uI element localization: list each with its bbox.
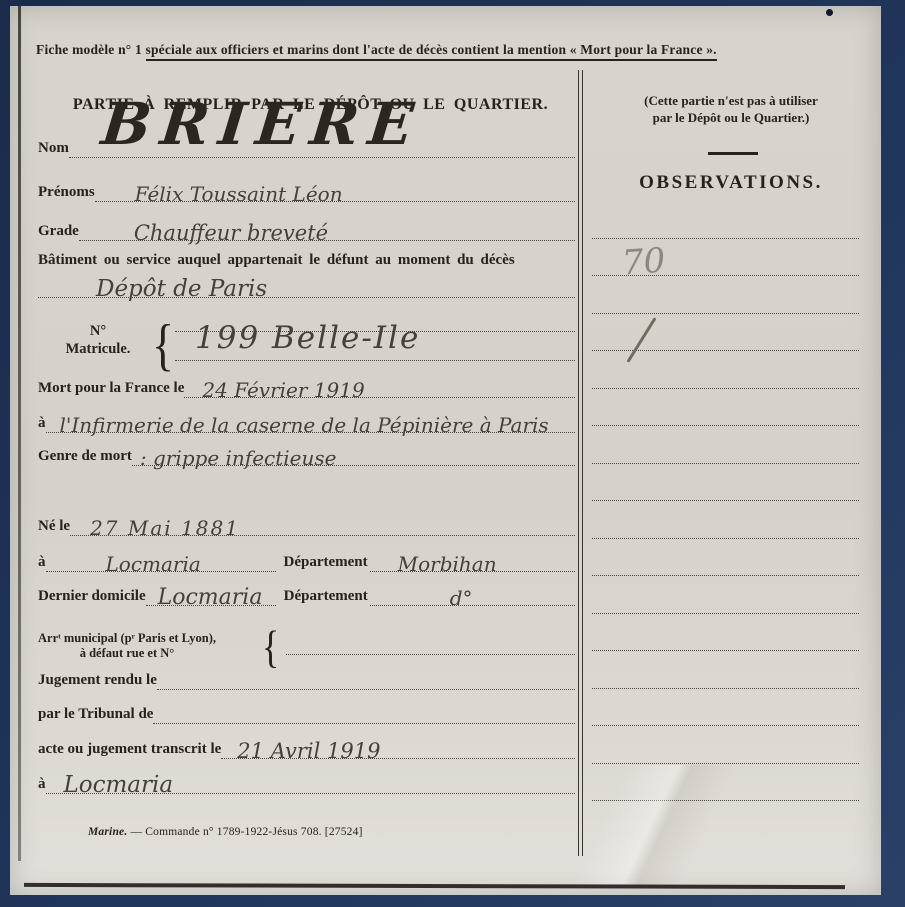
- pencil-slash-mark: [626, 317, 656, 363]
- observation-line: [592, 725, 859, 726]
- observation-line: [592, 463, 859, 464]
- matricule-brace: {: [152, 311, 174, 377]
- transcrit-lieu-label: à: [38, 776, 46, 794]
- grade-value: Chauffeur breveté: [134, 221, 328, 245]
- right-note-line1: (Cette partie n'est pas à utiliser: [592, 92, 870, 109]
- ne-dept-line: Morbihan: [370, 545, 575, 572]
- genre-mort-value: : grippe infectieuse: [140, 446, 337, 470]
- print-footer-marine: Marine.: [88, 826, 127, 838]
- form-header-prefix: Fiche modèle n° 1: [36, 42, 142, 57]
- observation-line: [592, 763, 859, 764]
- observation-line: [592, 575, 859, 576]
- observation-line: [592, 425, 859, 426]
- field-prenoms: Prénoms Félix Toussaint Léon: [38, 176, 575, 202]
- mort-value: 24 Février 1919: [202, 378, 364, 402]
- matricule-value: 199 Belle-Ile: [195, 320, 420, 356]
- ne-lieu-line: Locmaria: [46, 545, 276, 572]
- grade-label: Grade: [38, 223, 79, 241]
- observation-line: [592, 538, 859, 539]
- domicile-line: Locmaria: [146, 579, 276, 606]
- arrondissement-line: [286, 654, 575, 655]
- field-transcrit-lieu: à Locmaria: [38, 768, 575, 794]
- right-column-note: (Cette partie n'est pas à utiliser par l…: [592, 92, 870, 126]
- domicile-dept-label: Département: [284, 588, 368, 606]
- right-note-line2: par le Dépôt ou le Quartier.): [592, 109, 870, 126]
- transcrit-lieu-value: Locmaria: [64, 772, 174, 798]
- field-mort-lieu: à l'Infirmerie de la caserne de la Pépin…: [38, 407, 575, 433]
- field-genre-mort: Genre de mort : grippe infectieuse: [38, 440, 575, 466]
- observations-title: OBSERVATIONS.: [592, 172, 870, 194]
- domicile-dept-value: d°: [450, 586, 473, 610]
- prenoms-label: Prénoms: [38, 184, 95, 202]
- field-domicile: Dernier domicile Locmaria Département d°: [38, 580, 575, 606]
- transcrit-label: acte ou jugement transcrit le: [38, 741, 221, 759]
- arrondissement-label-line1: Arrᵗ municipal (pʳ Paris et Lyon),: [38, 631, 216, 646]
- print-footer: Marine. — Commande n° 1789-1922-Jésus 70…: [88, 826, 363, 838]
- matricule-label: N° Matricule.: [50, 322, 146, 358]
- mort-label: Mort pour la France le: [38, 380, 184, 398]
- pencil-annotation: 70: [621, 241, 667, 284]
- right-note-rule: [708, 152, 758, 155]
- field-grade: Grade Chauffeur breveté: [38, 215, 575, 241]
- arrondissement-label: Arrᵗ municipal (pʳ Paris et Lyon), à déf…: [38, 631, 216, 661]
- genre-mort-label: Genre de mort: [38, 448, 132, 466]
- observation-line: [592, 613, 859, 614]
- nom-line: [69, 131, 575, 158]
- ne-le-line: 27 Mai 1881: [70, 509, 575, 536]
- mort-line: 24 Février 1919: [184, 371, 575, 398]
- tribunal-line: [153, 697, 575, 724]
- domicile-dept-line: d°: [370, 579, 575, 606]
- mort-lieu-line: l'Infirmerie de la caserne de la Pépiniè…: [46, 406, 576, 433]
- ne-dept-value: Morbihan: [398, 552, 497, 576]
- nom-label: Nom: [38, 140, 69, 158]
- field-tribunal: par le Tribunal de: [38, 698, 575, 724]
- field-mort: Mort pour la France le 24 Février 1919: [38, 372, 575, 398]
- field-jugement: Jugement rendu le: [38, 664, 575, 690]
- observation-line: [592, 313, 859, 314]
- observation-line: [592, 500, 859, 501]
- observation-line: [592, 238, 859, 239]
- batiment-line: Dépôt de Paris: [38, 271, 575, 298]
- domicile-value: Locmaria: [158, 585, 263, 610]
- tribunal-label: par le Tribunal de: [38, 706, 153, 724]
- genre-mort-line: : grippe infectieuse: [132, 439, 575, 466]
- matricule-label-line1: N°: [50, 322, 146, 340]
- observation-line: [592, 800, 859, 801]
- mort-lieu-value: l'Infirmerie de la caserne de la Pépiniè…: [60, 413, 549, 437]
- transcrit-line: 21 Avril 1919: [221, 732, 575, 759]
- observation-line: [592, 650, 859, 651]
- batiment-label: Bâtiment ou service auquel appartenait l…: [38, 252, 515, 269]
- ne-lieu-label: à: [38, 554, 46, 572]
- mort-lieu-label: à: [38, 415, 46, 433]
- field-nom: Nom: [38, 132, 575, 158]
- prenoms-value: Félix Toussaint Léon: [135, 182, 343, 206]
- ne-le-value: 27 Mai 1881: [90, 516, 240, 540]
- scan-hole-dot: [826, 9, 833, 16]
- jugement-line: [157, 663, 575, 690]
- prenoms-line: Félix Toussaint Léon: [95, 175, 575, 202]
- matricule-label-line2: Matricule.: [50, 340, 146, 358]
- jugement-label: Jugement rendu le: [38, 672, 157, 690]
- domicile-label: Dernier domicile: [38, 588, 146, 606]
- field-transcrit: acte ou jugement transcrit le 21 Avril 1…: [38, 733, 575, 759]
- ne-lieu-value: Locmaria: [106, 552, 201, 576]
- print-footer-rest: — Commande n° 1789-1922-Jésus 708. [2752…: [127, 826, 362, 838]
- column-divider: [578, 70, 583, 856]
- observation-line: [592, 688, 859, 689]
- form-header-underlined: spéciale aux officiers et marins dont l'…: [146, 42, 717, 61]
- transcrit-lieu-line: Locmaria: [46, 767, 576, 794]
- batiment-value: Dépôt de Paris: [96, 276, 267, 302]
- transcrit-value: 21 Avril 1919: [237, 739, 380, 763]
- field-ne-le: Né le 27 Mai 1881: [38, 510, 575, 536]
- ne-dept-label: Département: [284, 554, 368, 572]
- observation-line: [592, 388, 859, 389]
- ne-le-label: Né le: [38, 518, 70, 536]
- arrondissement-label-line2: à défaut rue et N°: [38, 646, 216, 661]
- form-header: Fiche modèle n° 1 spéciale aux officiers…: [36, 42, 866, 58]
- scanned-form-paper: Fiche modèle n° 1 spéciale aux officiers…: [10, 6, 881, 895]
- grade-line: Chauffeur breveté: [79, 214, 575, 241]
- field-ne-lieu: à Locmaria Département Morbihan: [38, 546, 575, 572]
- field-batiment: Dépôt de Paris: [38, 272, 575, 298]
- matricule-line-2: [175, 360, 575, 361]
